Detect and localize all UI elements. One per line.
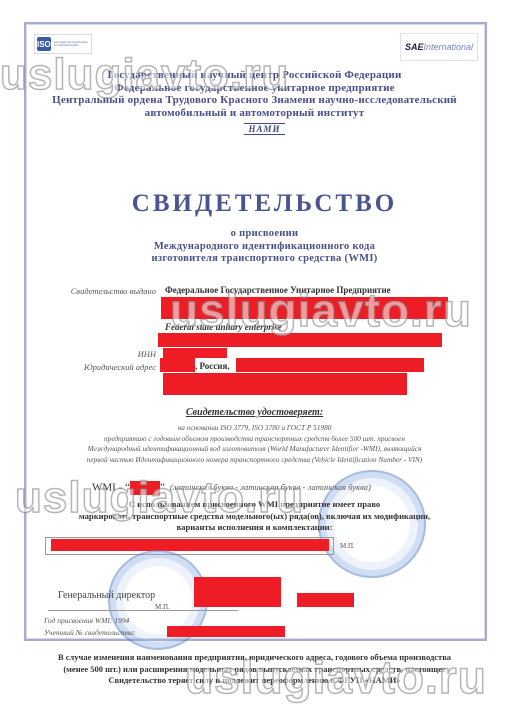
signature-line [48, 610, 238, 611]
year-label-text: Год присвоения WMI: [44, 616, 112, 625]
redacted-director-signature [194, 577, 281, 607]
subtitle-line: изготовителя транспортного средства (WMI… [0, 253, 529, 266]
nami-emblem: НАМИ [0, 124, 529, 134]
watermark: uslugiavto.ru [0, 50, 289, 100]
sae-bold: SAE [405, 42, 424, 52]
subtitle-line: о присвоении [0, 228, 529, 241]
year-value: 1994 [114, 616, 129, 625]
year-label: Год присвоения WMI: 1994 [44, 616, 129, 625]
certifies-text: на основании ISO 3779, ISO 3780 и ГОСТ Р… [30, 423, 479, 465]
inn-label: ИНН [30, 349, 156, 359]
redacted-address-line2 [163, 373, 407, 395]
document-subtitle: о присвоении Международного идентификаци… [0, 228, 529, 266]
address-label: Юридический адрес [30, 362, 156, 372]
director-label: Генеральный директор [58, 590, 155, 601]
iso-mark: ISO [37, 37, 51, 51]
iso-text: International Organization for Standardi… [54, 41, 89, 48]
institute-line: автомобильный и автомоторный институт [30, 107, 479, 120]
certifies-line: первой частью Идентификационного номера … [30, 455, 479, 466]
redacted-cert-number [167, 626, 285, 637]
redacted-director-name [297, 593, 354, 607]
certifies-heading: Свидетельство удостоверяет: [30, 407, 479, 418]
certifies-line: Международный идентификационный код изго… [30, 444, 479, 455]
certifies-line: на основании ISO 3779, ISO 3780 и ГОСТ Р… [30, 423, 479, 434]
sae-rest: International [423, 42, 473, 52]
sae-logo: SAEInternational [400, 33, 478, 61]
redacted-address-city [160, 358, 195, 372]
watermark: uslugiavto.ru [170, 283, 472, 337]
redacted-models [51, 539, 329, 551]
watermark: uslugiavto.ru [15, 473, 304, 523]
issued-to-label: Свидетельство выдано [30, 286, 156, 296]
address-country: , Россия, [195, 361, 230, 371]
subtitle-line: Международного идентификационного кода [0, 241, 529, 254]
watermark: uslugiavto.ru [185, 650, 487, 704]
certifies-line: предприятию с годовым объемом производст… [30, 434, 479, 445]
redacted-inn [163, 348, 227, 358]
redacted-address-street [236, 358, 424, 372]
stamp-mp-right: М.П. [340, 542, 355, 550]
number-label: Учетный № свидетельства: [44, 628, 136, 637]
document-title: СВИДЕТЕЛЬСТВО [0, 190, 529, 218]
rights-line: варианты исполнения и комплектации: [40, 522, 469, 534]
nami-text: НАМИ [244, 123, 284, 135]
